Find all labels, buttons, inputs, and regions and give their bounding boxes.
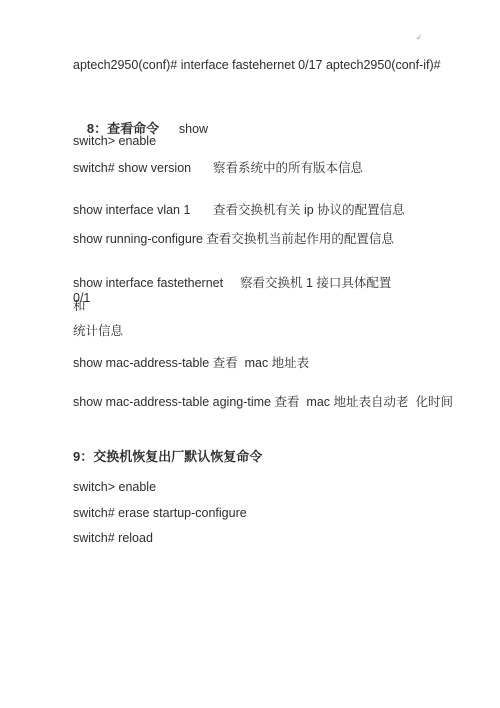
section-9-heading: 9：交换机恢复出厂默认恢复命令 (73, 449, 262, 464)
s8-show-running-line: show running-configure 查看交换机当前起作用的配置信息 (73, 232, 394, 247)
s8-show-fast-cont2: 统计信息 (73, 324, 123, 339)
document-page: ↲ aptech2950(conf)# interface fasteherne… (0, 0, 500, 708)
s8-show-fast-cont1: 和 (73, 299, 86, 314)
paragraph-mark-icon: ↲ (416, 33, 422, 42)
s8-show-version-cmd: switch# show version (73, 161, 213, 176)
s8-mac-table-line: show mac-address-table 查看 mac 地址表 (73, 356, 309, 371)
intro-command-line: aptech2950(conf)# interface fastehernet … (73, 58, 441, 73)
s8-show-version-line: switch# show version 察看系统中的所有版本信息 (73, 161, 363, 176)
s8-show-vlan-line: show interface vlan 1 查看交换机有关 ip 协议的配置信息 (73, 203, 405, 218)
s9-reload-line: switch# reload (73, 531, 153, 546)
s8-show-fast-cmd: show interface fastethernet 0/1 (73, 276, 240, 306)
s8-show-fast-line: show interface fastethernet 0/1 察看交换机 1 … (73, 276, 391, 306)
s8-show-version-desc: 察看系统中的所有版本信息 (213, 161, 363, 176)
s8-show-vlan-desc: 查看交换机有关 ip 协议的配置信息 (213, 203, 405, 218)
s9-enable-line: switch> enable (73, 480, 156, 495)
s9-erase-line: switch# erase startup-configure (73, 506, 247, 521)
s8-show-fast-desc: 察看交换机 1 接口具体配置 (240, 276, 391, 291)
s8-show-vlan-cmd: show interface vlan 1 (73, 203, 213, 218)
s8-mac-aging-line: show mac-address-table aging-time 查看 mac… (73, 395, 453, 410)
section-8-heading-keyword: show (179, 122, 208, 136)
s8-enable-line: switch> enable (73, 134, 156, 149)
